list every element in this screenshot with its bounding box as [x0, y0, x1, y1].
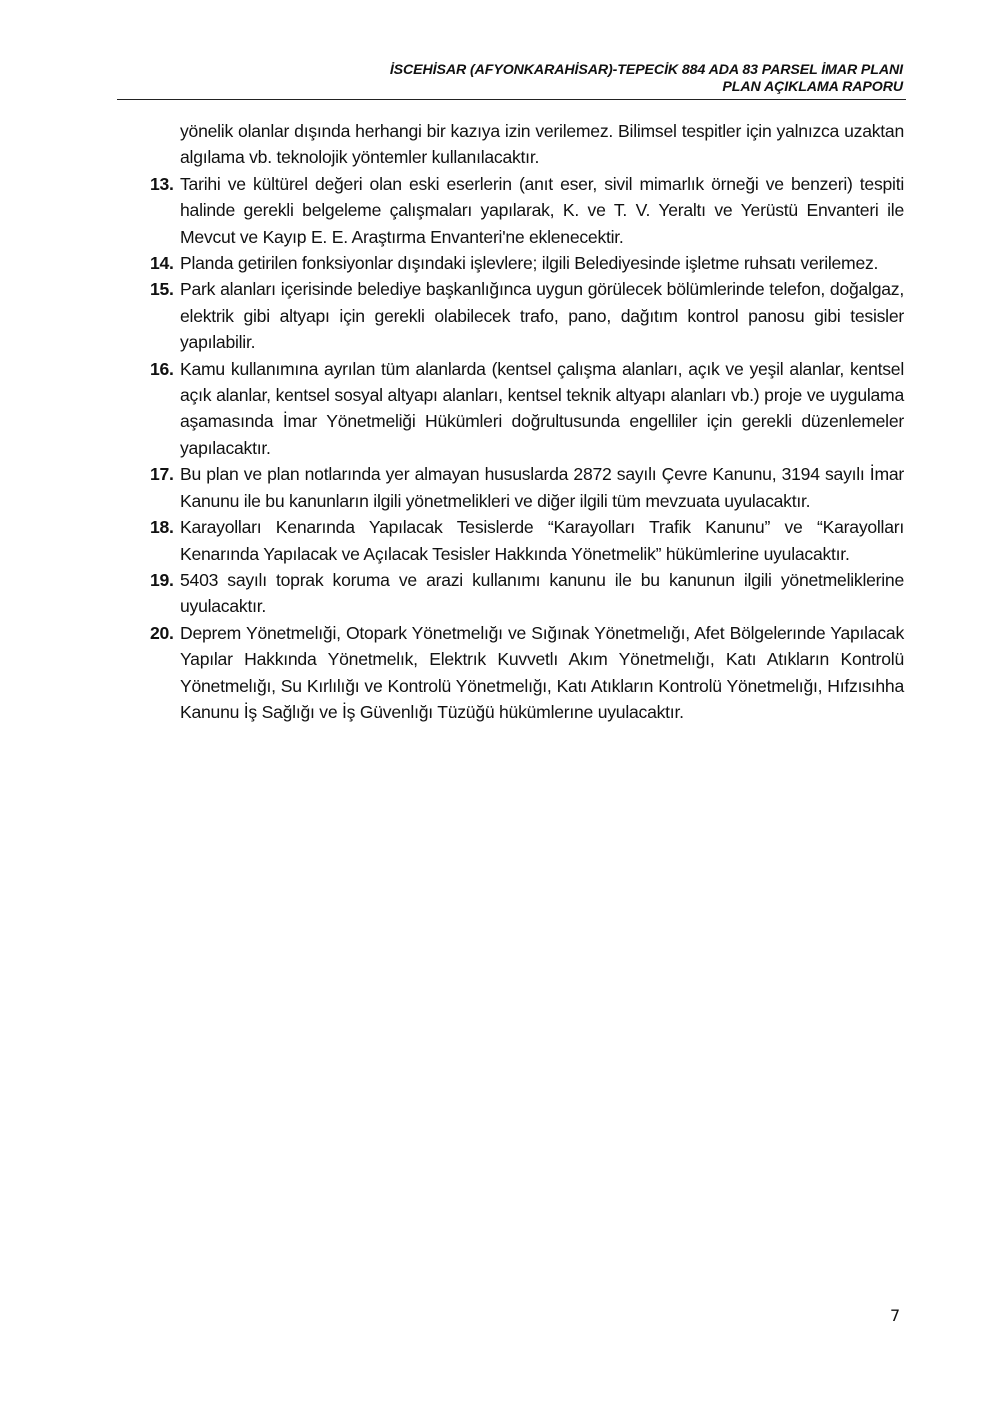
note-text: Deprem Yönetmelıği, Otopark Yönetmelığı …: [180, 620, 904, 726]
note-number: 15.: [150, 276, 174, 302]
plan-note-13: 13. Tarihi ve kültürel değeri olan eski …: [180, 171, 904, 250]
header-title: İSCEHİSAR (AFYONKARAHİSAR)-TEPECİK 884 A…: [117, 62, 906, 79]
note-text: Park alanları içerisinde belediye başkan…: [180, 276, 904, 355]
document-body: yönelik olanlar dışında herhangi bir kaz…: [180, 118, 904, 725]
running-header: İSCEHİSAR (AFYONKARAHİSAR)-TEPECİK 884 A…: [117, 62, 906, 96]
note-number: 16.: [150, 356, 174, 382]
plan-note-18: 18. Karayolları Kenarında Yapılacak Tesi…: [180, 514, 904, 567]
note-number: 17.: [150, 461, 174, 487]
note-number: 18.: [150, 514, 174, 540]
note-text: Tarihi ve kültürel değeri olan eski eser…: [180, 171, 904, 250]
note-text: Karayolları Kenarında Yapılacak Tesisler…: [180, 514, 904, 567]
plan-note-20: 20. Deprem Yönetmelıği, Otopark Yönetmel…: [180, 620, 904, 726]
note-text: Kamu kullanımına ayrılan tüm alanlarda (…: [180, 356, 904, 462]
plan-note-15: 15. Park alanları içerisinde belediye ba…: [180, 276, 904, 355]
note-number: 19.: [150, 567, 174, 593]
note-number: 14.: [150, 250, 174, 276]
note-text: Bu plan ve plan notlarında yer almayan h…: [180, 461, 904, 514]
page-number: 7: [890, 1306, 900, 1325]
header-divider: [117, 99, 906, 100]
continued-paragraph: yönelik olanlar dışında herhangi bir kaz…: [180, 118, 904, 171]
note-text: Planda getirilen fonksiyonlar dışındaki …: [180, 250, 904, 276]
note-text: 5403 sayılı toprak koruma ve arazi kulla…: [180, 567, 904, 620]
plan-note-19: 19. 5403 sayılı toprak koruma ve arazi k…: [180, 567, 904, 620]
plan-notes-list: 13. Tarihi ve kültürel değeri olan eski …: [180, 171, 904, 726]
note-number: 20.: [150, 620, 174, 646]
note-number: 13.: [150, 171, 174, 197]
plan-note-16: 16. Kamu kullanımına ayrılan tüm alanlar…: [180, 356, 904, 462]
header-subtitle: PLAN AÇIKLAMA RAPORU: [117, 79, 906, 96]
plan-note-17: 17. Bu plan ve plan notlarında yer almay…: [180, 461, 904, 514]
plan-note-14: 14. Planda getirilen fonksiyonlar dışınd…: [180, 250, 904, 276]
